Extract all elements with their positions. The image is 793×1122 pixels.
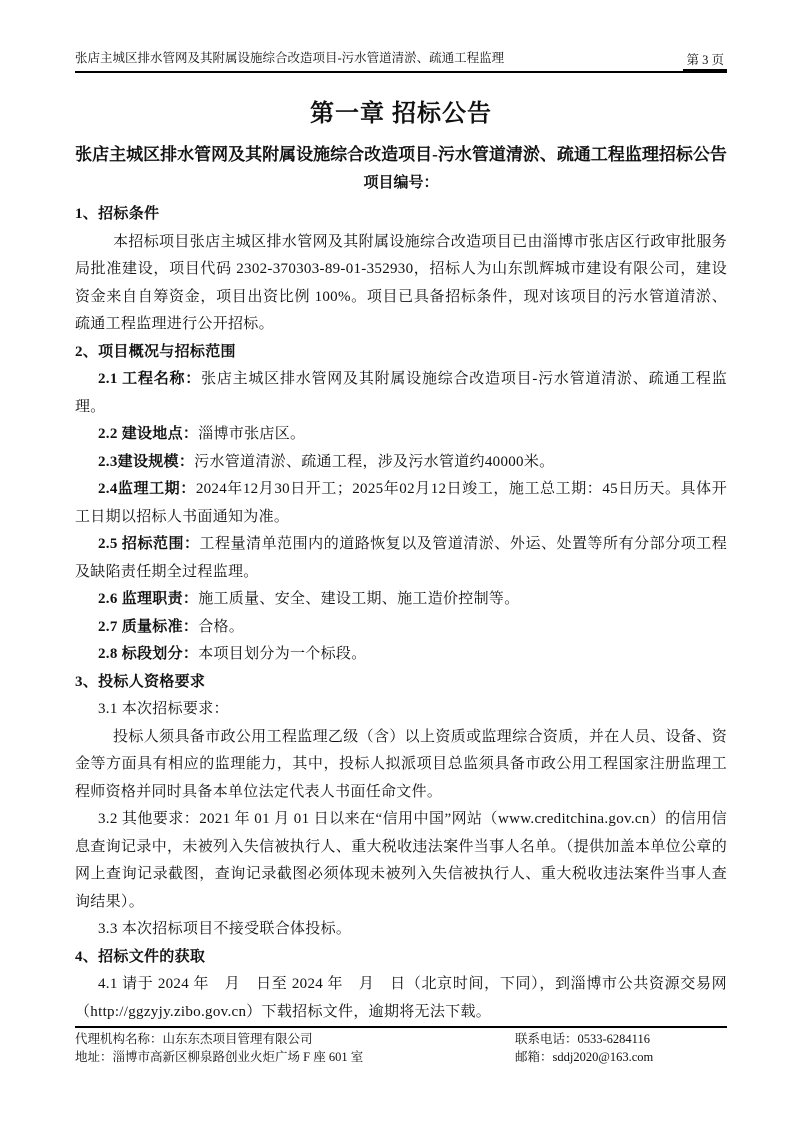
section-heading-3: 3、投标人资格要求: [75, 669, 727, 697]
footer-right-column: 联系电话：0533-6284116 邮箱：sddj2020@163.com: [515, 1031, 727, 1066]
email-line: 邮箱：sddj2020@163.com: [515, 1049, 727, 1067]
document-body: 1、招标条件 本招标项目张店主城区排水管网及其附属设施综合改造项目已由淄博市张店…: [75, 201, 727, 1026]
item-2-3: 2.3建设规模：污水管道清淤、疏通工程，涉及污水管道约40000米。: [75, 449, 727, 477]
section-heading-2: 2、项目概况与招标范围: [75, 339, 727, 367]
item-2-6: 2.6 监理职责：施工质量、安全、建设工期、施工造价控制等。: [75, 586, 727, 614]
item-3-2: 3.2 其他要求：2021 年 01 月 01 日以来在“信用中国”网站（www…: [75, 806, 727, 916]
item-2-6-text: 施工质量、安全、建设工期、施工造价控制等。: [198, 591, 519, 607]
item-2-2-text: 淄博市张店区。: [198, 426, 305, 442]
address-value: 淄博市高新区柳泉路创业火炬广场 F 座 601 室: [113, 1050, 364, 1064]
item-2-2-label: 2.2 建设地点：: [98, 426, 198, 442]
agency-label: 代理机构名称：: [75, 1032, 163, 1046]
item-2-2: 2.2 建设地点：淄博市张店区。: [75, 421, 727, 449]
item-2-3-label: 2.3建设规模：: [98, 454, 194, 470]
item-2-5-label: 2.5 招标范围：: [98, 536, 200, 552]
phone-value: 0533-6284116: [578, 1032, 650, 1046]
chapter-title: 第一章 招标公告: [75, 98, 727, 130]
phone-line: 联系电话：0533-6284116: [515, 1031, 727, 1049]
item-2-7-label: 2.7 质量标准：: [98, 619, 198, 635]
item-4-1: 4.1 请于 2024 年 月 日至 2024 年 月 日（北京时间，下同），到…: [75, 971, 727, 1026]
page-number: 第 3 页: [683, 52, 727, 71]
document-page: 张店主城区排水管网及其附属设施综合改造项目-污水管道清淤、疏通工程监理 第 3 …: [0, 0, 793, 1122]
item-2-8: 2.8 标段划分：本项目划分为一个标段。: [75, 641, 727, 669]
item-3-1: 3.1 本次招标要求：: [75, 696, 727, 724]
page-header: 张店主城区排水管网及其附属设施综合改造项目-污水管道清淤、疏通工程监理 第 3 …: [75, 47, 727, 73]
address-line: 地址：淄博市高新区柳泉路创业火炬广场 F 座 601 室: [75, 1049, 363, 1067]
announcement-title: 张店主城区排水管网及其附属设施综合改造项目-污水管道清淤、疏通工程监理招标公告: [75, 143, 727, 167]
section-heading-1: 1、招标条件: [75, 201, 727, 229]
item-2-8-label: 2.8 标段划分：: [98, 646, 198, 662]
address-label: 地址：: [75, 1050, 113, 1064]
section-heading-4: 4、招标文件的获取: [75, 944, 727, 972]
item-2-3-text: 污水管道清淤、疏通工程，涉及污水管道约40000米。: [194, 454, 554, 470]
email-value: sddj2020@163.com: [553, 1050, 654, 1064]
item-3-3: 3.3 本次招标项目不接受联合体投标。: [75, 916, 727, 944]
page-footer: 代理机构名称：山东东杰项目管理有限公司 地址：淄博市高新区柳泉路创业火炬广场 F…: [75, 1026, 727, 1066]
item-2-7: 2.7 质量标准：合格。: [75, 614, 727, 642]
item-2-4: 2.4监理工期：2024年12月30日开工；2025年02月12日竣工，施工总工…: [75, 476, 727, 531]
item-2-6-label: 2.6 监理职责：: [98, 591, 198, 607]
item-2-8-text: 本项目划分为一个标段。: [198, 646, 366, 662]
agency-value: 山东东杰项目管理有限公司: [163, 1032, 313, 1046]
agency-line: 代理机构名称：山东东杰项目管理有限公司: [75, 1031, 363, 1049]
item-2-5: 2.5 招标范围：工程量清单范围内的道路恢复以及管道清淤、外运、处置等所有分部分…: [75, 531, 727, 586]
item-2-1: 2.1 工程名称：张店主城区排水管网及其附属设施综合改造项目-污水管道清淤、疏通…: [75, 366, 727, 421]
item-2-4-label: 2.4监理工期：: [98, 481, 196, 497]
phone-label: 联系电话：: [515, 1032, 578, 1046]
item-2-7-text: 合格。: [198, 619, 244, 635]
item-2-1-label: 2.1 工程名称：: [98, 371, 201, 387]
project-number-label: 项目编号：: [75, 172, 727, 194]
paragraph-bid-conditions: 本招标项目张店主城区排水管网及其附属设施综合改造项目已由淄博市张店区行政审批服务…: [75, 229, 727, 339]
header-project-title: 张店主城区排水管网及其附属设施综合改造项目-污水管道清淤、疏通工程监理: [75, 50, 504, 66]
paragraph-qualification: 投标人须具备市政公用工程监理乙级（含）以上资质或监理综合资质，并在人员、设备、资…: [75, 724, 727, 807]
footer-left-column: 代理机构名称：山东东杰项目管理有限公司 地址：淄博市高新区柳泉路创业火炬广场 F…: [75, 1031, 363, 1066]
email-label: 邮箱：: [515, 1050, 553, 1064]
